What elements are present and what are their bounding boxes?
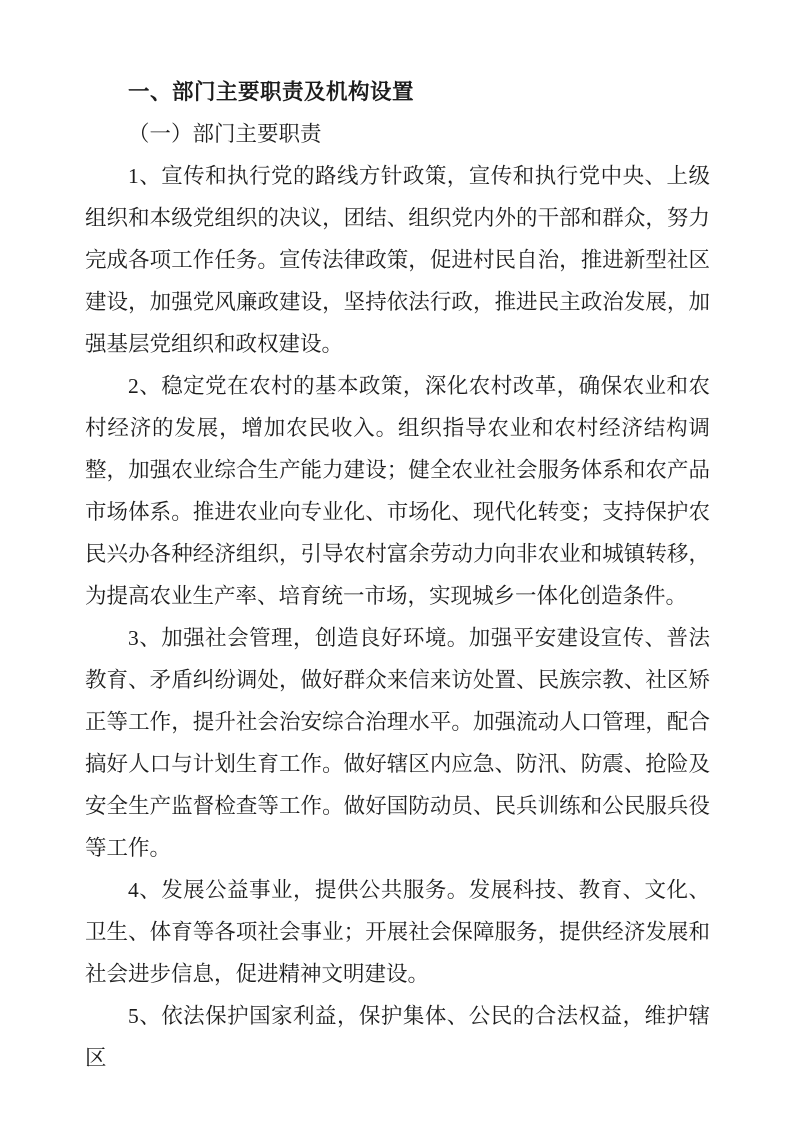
paragraph-duty-3: 3、加强社会管理，创造良好环境。加强平安建设宣传、普法教育、矛盾纠纷调处，做好群… [85,617,710,869]
section-heading: 一、部门主要职责及机构设置 [85,71,710,113]
paragraph-duty-2: 2、稳定党在农村的基本政策，深化农村改革，确保农业和农村经济的发展，增加农民收入… [85,365,710,617]
paragraph-duty-4: 4、发展公益事业，提供公共服务。发展科技、教育、文化、卫生、体育等各项社会事业；… [85,869,710,995]
subsection-heading: （一）部门主要职责 [85,113,710,155]
document-page: 一、部门主要职责及机构设置 （一）部门主要职责 1、宣传和执行党的路线方针政策，… [0,0,793,1122]
paragraph-duty-1: 1、宣传和执行党的路线方针政策，宣传和执行党中央、上级组织和本级党组织的决议，团… [85,155,710,365]
paragraph-duty-5: 5、依法保护国家利益，保护集体、公民的合法权益，维护辖区 [85,995,710,1079]
